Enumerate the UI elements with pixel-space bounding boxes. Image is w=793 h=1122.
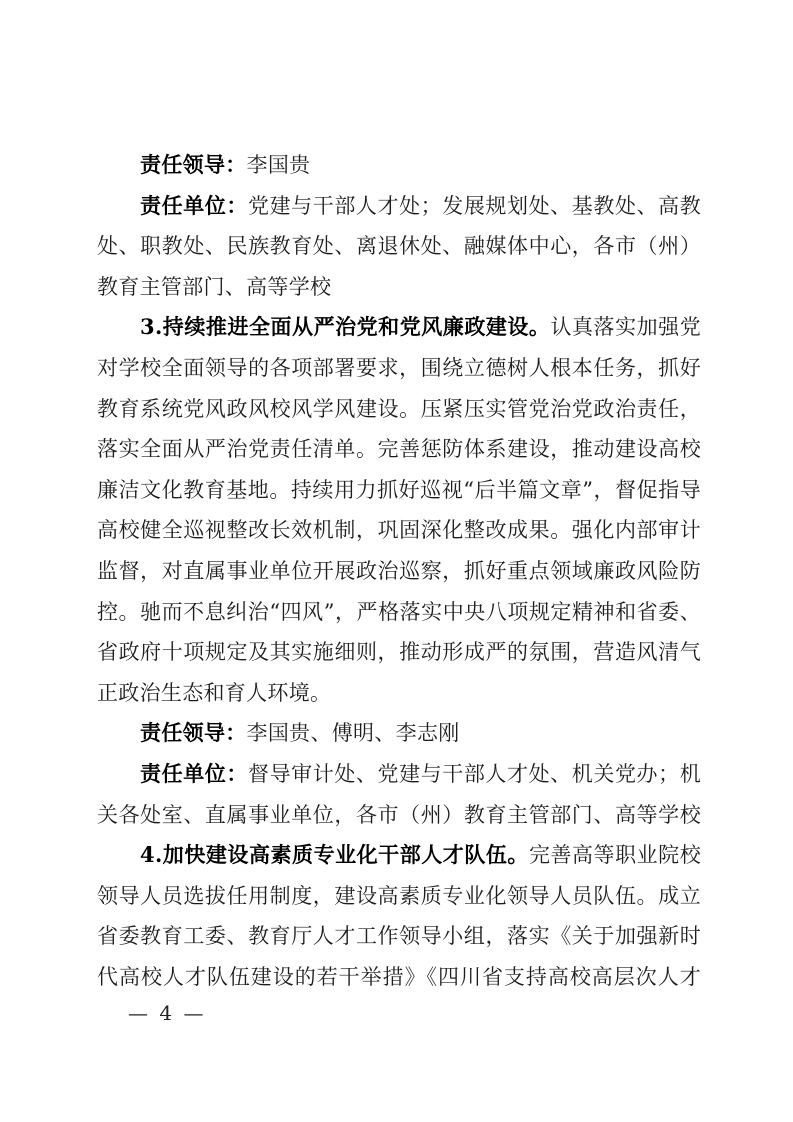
document-page: 责任领导：李国贵责任单位：党建与干部人才处；发展规划处、基教处、高教处、职教处、… [0, 0, 793, 1122]
bold-label-run: 责任单位： [140, 193, 248, 218]
text-line: 责任领导：李国贵、傅明、李志刚 [97, 713, 701, 754]
text-line: 廉洁文化教育基地。持续用力抓好巡视“后半篇文章”，督促指导 [97, 470, 701, 511]
body-text-run: 认真落实加强党 [550, 315, 701, 339]
body-text-run: 控。驰而不息纠治“四风”，严格落实中央八项规定精神和省委、 [97, 600, 701, 624]
body-text-run: 对学校全面领导的各项部署要求，围绕立德树人根本任务，抓好 [97, 356, 701, 380]
text-line: 教育主管部门、高等学校 [97, 267, 701, 308]
text-line: 关各处室、直属事业单位，各市（州）教育主管部门、高等学校 [97, 795, 701, 836]
body-text-run: 高校健全巡视整改长效机制，巩固深化整改成果。强化内部审计 [97, 518, 701, 542]
body-text-run: 省委教育工委、教育厅人才工作领导小组，落实《关于加强新时 [97, 924, 701, 948]
bold-label-run: 4.加快建设高素质专业化干部人才队伍。 [140, 842, 529, 867]
body-text-run: 省政府十项规定及其实施细则，推动形成严的氛围，营造风清气 [97, 640, 701, 664]
page-number: — 4 — [128, 1001, 206, 1025]
text-line: 处、职教处、民族教育处、离退休处、融媒体中心，各市（州） [97, 226, 701, 267]
text-line: 对学校全面领导的各项部署要求，围绕立德树人根本任务，抓好 [97, 348, 701, 389]
text-line: 责任领导：李国贵 [97, 145, 701, 186]
body-text-run: 领导人员选拔任用制度，建设高素质专业化领导人员队伍。成立 [97, 884, 701, 908]
body-text-run: 教育主管部门、高等学校 [97, 275, 331, 299]
body-text-run: 完善高等职业院校 [529, 843, 701, 867]
document-body: 责任领导：李国贵责任单位：党建与干部人才处；发展规划处、基教处、高教处、职教处、… [97, 145, 701, 997]
text-line: 高校健全巡视整改长效机制，巩固深化整改成果。强化内部审计 [97, 510, 701, 551]
page-footer: — 4 — [128, 1000, 701, 1026]
text-line: 落实全面从严治党责任清单。完善惩防体系建设，推动建设高校 [97, 429, 701, 470]
body-text-run: 监督，对直属事业单位开展政治巡察，抓好重点领域廉政风险防 [97, 559, 701, 583]
bold-label-run: 责任单位： [140, 761, 248, 786]
text-line: 责任单位：党建与干部人才处；发展规划处、基教处、高教 [97, 186, 701, 227]
text-line: 控。驰而不息纠治“四风”，严格落实中央八项规定精神和省委、 [97, 592, 701, 633]
text-line: 省委教育工委、教育厅人才工作领导小组，落实《关于加强新时 [97, 916, 701, 957]
body-text-run: 李国贵 [247, 153, 311, 177]
body-text-run: 正政治生态和育人环境。 [97, 681, 331, 705]
body-text-run: 代高校人才队伍建设的若干举措》《四川省支持高校高层次人才 [97, 965, 701, 989]
text-line: 正政治生态和育人环境。 [97, 673, 701, 714]
body-text-run: 教育系统党风政风校风学风建设。压紧压实管党治党政治责任， [97, 397, 701, 421]
body-text-run: 处、职教处、民族教育处、离退休处、融媒体中心，各市（州） [97, 234, 701, 258]
text-line: 领导人员选拔任用制度，建设高素质专业化领导人员队伍。成立 [97, 876, 701, 917]
text-line: 3.持续推进全面从严治党和党风廉政建设。认真落实加强党 [97, 307, 701, 348]
text-line: 4.加快建设高素质专业化干部人才队伍。完善高等职业院校 [97, 835, 701, 876]
body-text-run: 廉洁文化教育基地。持续用力抓好巡视“后半篇文章”，督促指导 [97, 478, 701, 502]
text-line: 监督，对直属事业单位开展政治巡察，抓好重点领域廉政风险防 [97, 551, 701, 592]
body-text-run: 督导审计处、党建与干部人才处、机关党办；机 [248, 762, 701, 786]
body-text-run: 关各处室、直属事业单位，各市（州）教育主管部门、高等学校 [97, 803, 701, 827]
body-text-run: 李国贵、傅明、李志刚 [247, 721, 460, 745]
bold-label-run: 责任领导： [140, 152, 247, 177]
text-line: 教育系统党风政风校风学风建设。压紧压实管党治党政治责任， [97, 389, 701, 430]
bold-label-run: 3.持续推进全面从严治党和党风廉政建设。 [140, 314, 550, 339]
text-line: 省政府十项规定及其实施细则，推动形成严的氛围，营造风清气 [97, 632, 701, 673]
bold-label-run: 责任领导： [140, 720, 247, 745]
body-text-run: 落实全面从严治党责任清单。完善惩防体系建设，推动建设高校 [97, 437, 701, 461]
text-line: 代高校人才队伍建设的若干举措》《四川省支持高校高层次人才 [97, 957, 701, 998]
text-line: 责任单位：督导审计处、党建与干部人才处、机关党办；机 [97, 754, 701, 795]
body-text-run: 党建与干部人才处；发展规划处、基教处、高教 [248, 194, 701, 218]
